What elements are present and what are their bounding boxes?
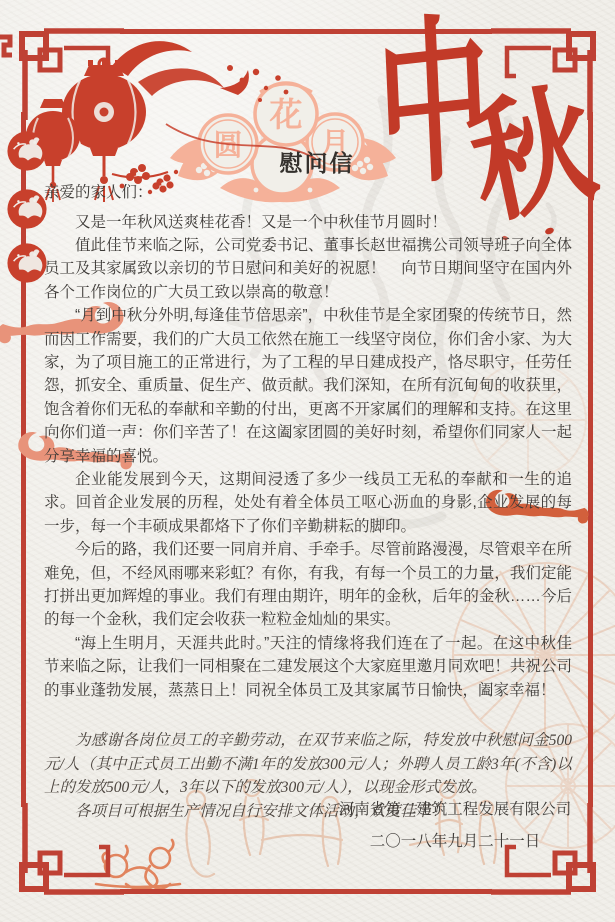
letter-paragraph: 企业能发展到今天，这期间浸透了多少一线员工无私的奉献和一生的追求。回首企业发展的… (44, 468, 572, 538)
letter-page: 花 圆 月 慰问信 中 秋 亲爱的家人们： 又是一年秋风送爽桂花香！又是一个中秋… (0, 0, 615, 922)
letter-paragraph: 又是一年秋风送爽桂花香！又是一个中秋佳节月圆时！ (44, 211, 572, 234)
allowance-note: 为感谢各岗位员工的辛勤劳动，在双节来临之际，特发放中秋慰问金500元/人（其中正… (44, 729, 572, 800)
signature-block: 河南省第二建筑工程发展有限公司 二〇一八年九月二十一日 (338, 799, 572, 853)
signature-company: 河南省第二建筑工程发展有限公司 (338, 799, 572, 821)
rabbit-medallion-icon (6, 130, 48, 172)
edge-ornament-fragment (0, 33, 14, 63)
frame-bottom-line (120, 889, 492, 894)
salutation: 亲爱的家人们： (44, 181, 572, 205)
page-title: 慰问信 (252, 145, 382, 178)
letter-paragraph: “海上生明月，天涯共此时。”天注的情缘将我们连在了一起。在这中秋佳节来临之际，让… (44, 632, 572, 702)
letter-paragraph: 值此佳节来临之际，公司党委书记、董事长赵世福携公司领导班子向全体员工及其家属致以… (44, 234, 572, 304)
rabbit-medallion-icon (6, 188, 48, 230)
letter-paragraph: 今后的路，我们还要一同肩并肩、手牵手。尽管前路漫漫，尽管艰辛在所难免，但，不经风… (44, 538, 572, 632)
letter-paragraph: “月到中秋分外明,每逢佳节倍思亲”，中秋佳节是全家团聚的传统节日，然而因工作需要… (44, 304, 572, 468)
letter-body: 亲爱的家人们： 又是一年秋风送爽桂花香！又是一个中秋佳节月圆时！ 值此佳节来临之… (44, 181, 572, 823)
signature-date: 二〇一八年九月二十一日 (338, 831, 572, 853)
rabbit-medallion-icon (6, 242, 48, 284)
